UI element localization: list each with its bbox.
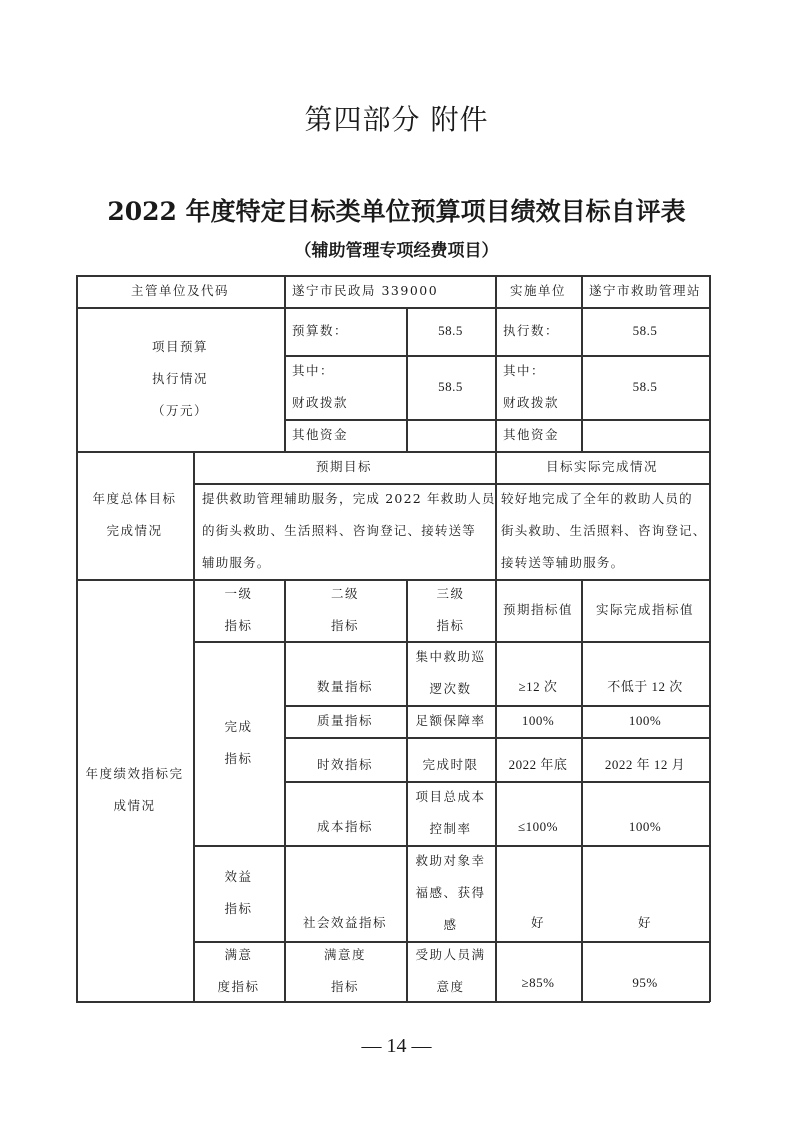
table-border-bottom (76, 1001, 710, 1003)
group-benefit: 效益 指标 (193, 845, 284, 941)
other-funds-exec-label: 其他资金 (495, 419, 581, 451)
header-level3: 三级 指标 (406, 579, 495, 641)
implementer-label: 实施单位 (495, 275, 581, 307)
row-quality-level2: 质量指标 (284, 705, 406, 737)
implementer-value: 遂宁市救助管理站 (581, 275, 709, 307)
executed-amount-value: 58.5 (581, 307, 709, 355)
fiscal-exec-label: 其中： 财政拨款 (495, 355, 581, 419)
expected-goal-header: 预期目标 (193, 451, 495, 483)
row-timeliness-level2: 时效指标 (284, 737, 406, 781)
fiscal-budget-label: 其中： 财政拨款 (284, 355, 406, 419)
header-level1: 一级 指标 (193, 579, 284, 641)
row-satisfaction-expected: ≥85% (495, 941, 581, 1001)
indicators-label: 年度绩效指标完 成情况 (76, 579, 193, 1001)
row-social-actual: 好 (581, 845, 709, 941)
row-quantity-level3: 集中救助巡 逻次数 (406, 641, 495, 705)
actual-goal-header: 目标实际完成情况 (495, 451, 709, 483)
fiscal-exec-value: 58.5 (581, 355, 709, 419)
header-actual: 实际完成指标值 (581, 579, 709, 641)
budget-amount-value: 58.5 (406, 307, 495, 355)
row-social-level3: 救助对象幸 福感、获得 感 (406, 845, 495, 941)
row-social-expected: 好 (495, 845, 581, 941)
group-satisfaction: 满意 度指标 (193, 941, 284, 1001)
other-funds-budget (406, 419, 495, 451)
row-quality-actual: 100% (581, 705, 709, 737)
fiscal-budget-value: 58.5 (406, 355, 495, 419)
main-title: 2022 年度特定目标类单位预算项目绩效目标自评表 (0, 192, 793, 228)
group-completion: 完成 指标 (193, 641, 284, 845)
row-satisfaction-actual: 95% (581, 941, 709, 1001)
row-cost-level2: 成本指标 (284, 781, 406, 845)
supervisor-value: 遂宁市民政局 339000 (284, 275, 495, 307)
row-satisfaction-level3: 受助人员满 意度 (406, 941, 495, 1001)
row-timeliness-expected: 2022 年底 (495, 737, 581, 781)
sub-title: （辅助管理专项经费项目） (0, 236, 793, 261)
supervisor-label: 主管单位及代码 (76, 275, 284, 307)
row-timeliness-actual: 2022 年 12 月 (581, 737, 709, 781)
table-border-right (709, 275, 711, 1002)
header-expected: 预期指标值 (495, 579, 581, 641)
row-satisfaction-level2: 满意度 指标 (284, 941, 406, 1001)
budget-label: 项目预算 执行情况 （万元） (76, 307, 284, 451)
row-social-level2: 社会效益指标 (284, 845, 406, 941)
row-timeliness-level3: 完成时限 (406, 737, 495, 781)
row-quality-expected: 100% (495, 705, 581, 737)
executed-amount-label: 执行数： (495, 307, 581, 355)
overall-goal-label: 年度总体目标 完成情况 (76, 451, 193, 579)
header-level2: 二级 指标 (284, 579, 406, 641)
budget-amount-label: 预算数： (284, 307, 406, 355)
row-quantity-level2: 数量指标 (284, 641, 406, 705)
row-quality-level3: 足额保障率 (406, 705, 495, 737)
row-cost-level3: 项目总成本 控制率 (406, 781, 495, 845)
row-cost-expected: ≤100% (495, 781, 581, 845)
page-number: — 14 — (0, 1035, 793, 1058)
row-cost-actual: 100% (581, 781, 709, 845)
row-quantity-expected: ≥12 次 (495, 641, 581, 705)
row-quantity-actual: 不低于 12 次 (581, 641, 709, 705)
part-title: 第四部分 附件 (0, 98, 793, 138)
actual-goal-text: 较好地完成了全年的救助人员的 街头救助、生活照料、咨询登记、 接转送等辅助服务。 (495, 483, 709, 579)
other-funds-label: 其他资金 (284, 419, 406, 451)
expected-goal-text: 提供救助管理辅助服务，完成 2022 年救助人员 的街头救助、生活照料、咨询登记… (193, 483, 495, 579)
other-funds-exec (581, 419, 709, 451)
